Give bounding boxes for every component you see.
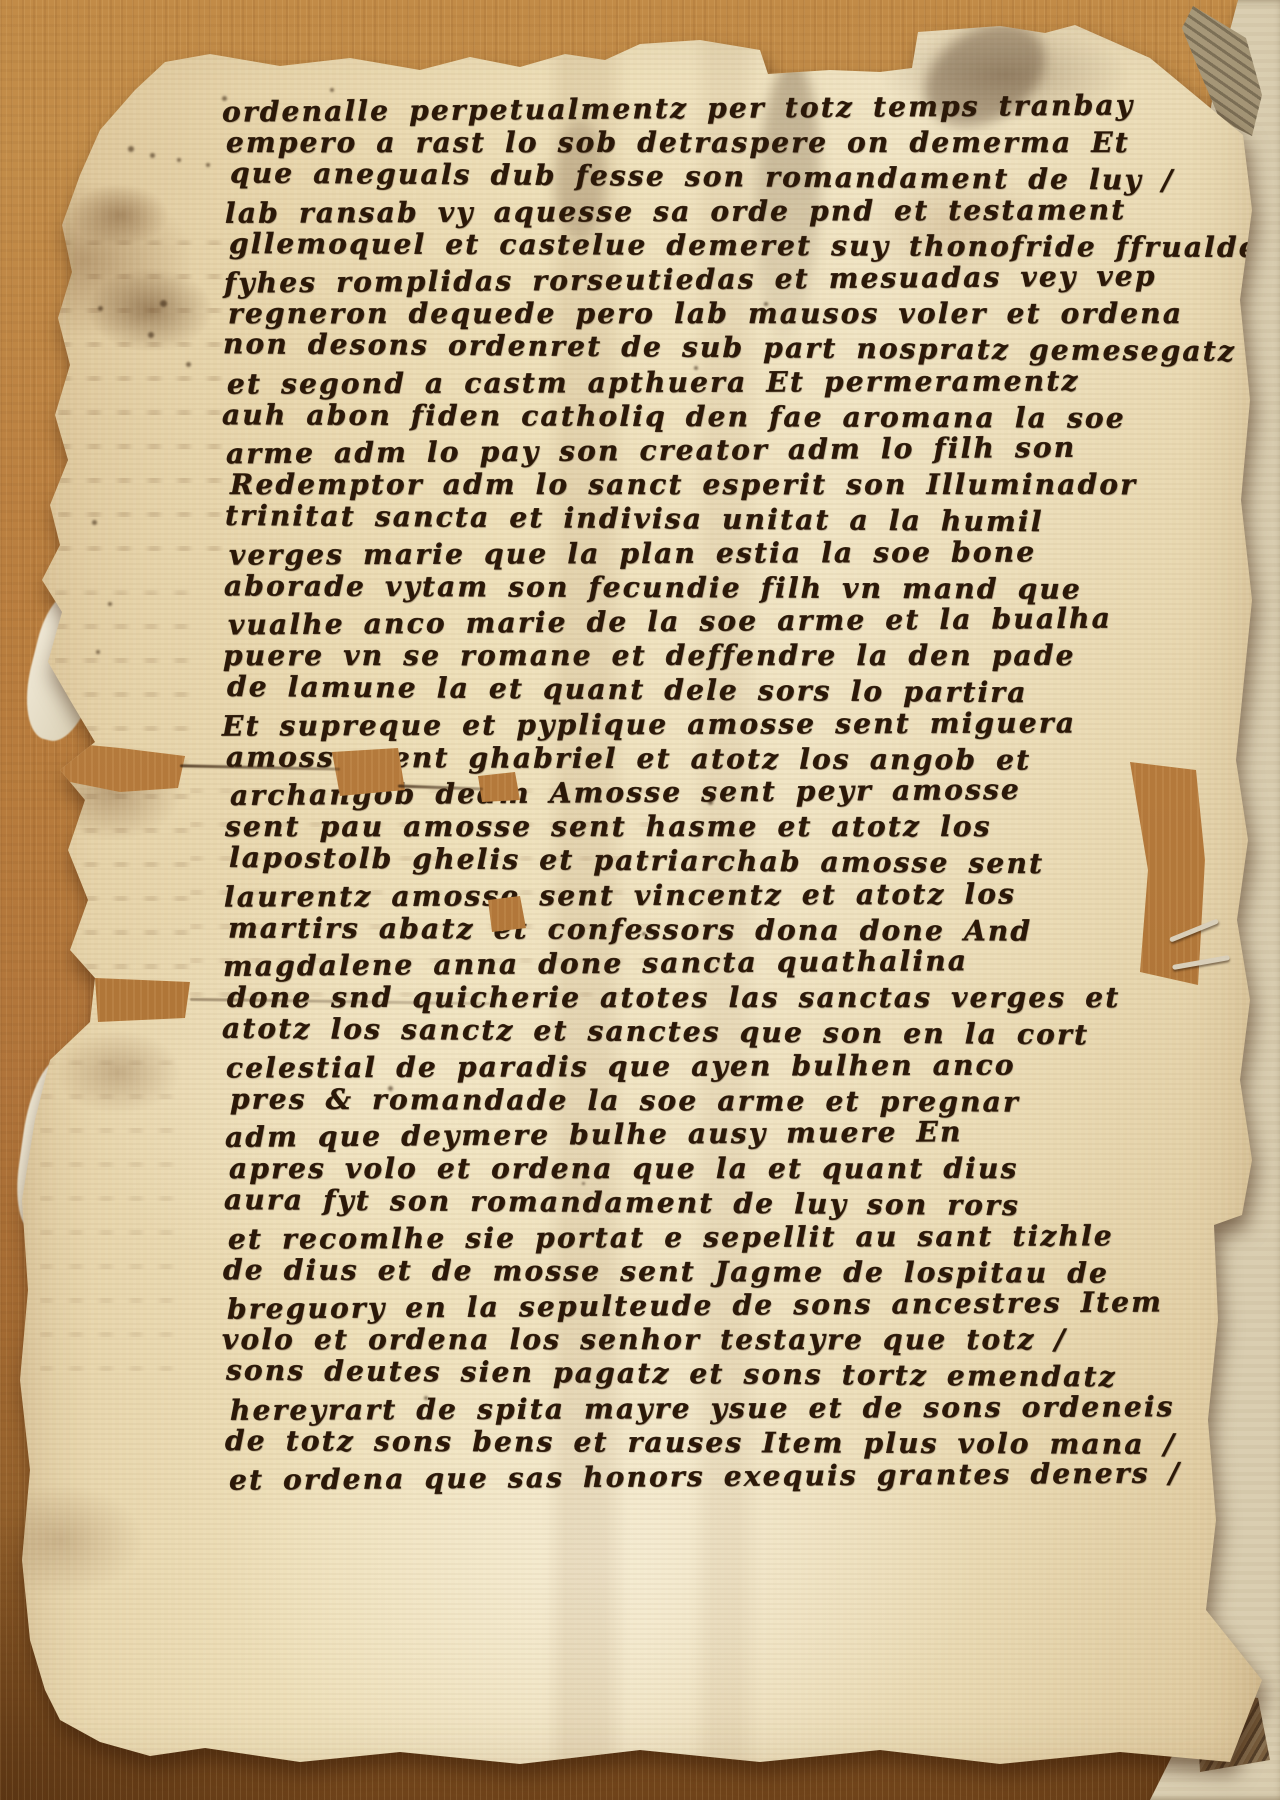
manuscript-line: et ordena que sas honors exequis grantes… bbox=[229, 1459, 1181, 1494]
manuscript-line: adm que deymere bulhe ausy muere En bbox=[225, 1118, 963, 1152]
ink-speck bbox=[388, 1086, 393, 1091]
manuscript-line: breguory en la sepulteude de sons ancest… bbox=[227, 1288, 1163, 1323]
manuscript-line: hereyrart de spita mayre ysue et de sons… bbox=[230, 1393, 1175, 1425]
ink-speck bbox=[148, 332, 154, 338]
ink-speck bbox=[694, 366, 698, 370]
manuscript-page-wrap: ordenalle perpetualmentz per totz temps … bbox=[0, 0, 1280, 1800]
manuscript-line: done snd quicherie atotes las sanctas ve… bbox=[227, 984, 1120, 1012]
manuscript-line: atotz los sanctz et sanctes que son en l… bbox=[222, 1015, 1089, 1050]
manuscript-line: non desons ordenret de sub part nospratz… bbox=[223, 331, 1236, 367]
manuscript-line: et recomlhe sie portat e sepellit au san… bbox=[228, 1222, 1114, 1253]
ink-speck bbox=[330, 88, 334, 92]
manuscript-line: verges marie que la plan estia la soe bo… bbox=[229, 538, 1036, 569]
manuscript-line: trinitat sancta et indivisa unitat a la … bbox=[225, 502, 1044, 536]
manuscript-line: de lamune la et quant dele sors lo parti… bbox=[227, 673, 1028, 707]
manuscript-page: ordenalle perpetualmentz per totz temps … bbox=[0, 0, 1280, 1800]
ink-speck bbox=[708, 800, 713, 805]
manuscript-line: vualhe anco marie de la soe arme et la b… bbox=[228, 605, 1112, 640]
manuscript-line: regneron dequede pero lab mausos voler e… bbox=[228, 300, 1183, 328]
manuscript-line: ordenalle perpetualmentz per totz temps … bbox=[222, 91, 1134, 126]
ink-speck bbox=[128, 146, 134, 152]
manuscript-line: magdalene anna done sancta quathalina bbox=[223, 947, 968, 981]
manuscript-line: apres volo et ordena que la et quant diu… bbox=[229, 1155, 1019, 1183]
manuscript-line: arme adm lo pay son creator adm lo filh … bbox=[226, 434, 1077, 469]
manuscript-line: sent pau amosse sent hasme et atotz los bbox=[225, 813, 992, 841]
manuscript-line: puere vn se romane et deffendre la den p… bbox=[223, 642, 1076, 670]
photo-scene: ordenalle perpetualmentz per totz temps … bbox=[0, 0, 1280, 1800]
manuscript-line: gllemoquel et castelue demeret suy thono… bbox=[229, 230, 1277, 262]
ink-speck bbox=[98, 306, 103, 311]
manuscript-line: volo et ordena los senhor testayre que t… bbox=[222, 1326, 1067, 1354]
manuscript-line: empero a rast lo sob detraspere on demer… bbox=[226, 129, 1130, 157]
ink-speck bbox=[177, 158, 181, 162]
manuscript-line: celestial de paradis que ayen bulhen anc… bbox=[226, 1051, 1016, 1082]
manuscript-line: lapostolb ghelis et patriarchab amosse s… bbox=[229, 844, 1044, 878]
manuscript-line: aura fyt son romandament de luy son rors bbox=[224, 1186, 1020, 1220]
manuscript-line: lab ransab vy aquesse sa orde pnd et tes… bbox=[225, 196, 1126, 227]
ink-speck bbox=[206, 163, 210, 167]
manuscript-line: auh abon fiden catholiq den fae aromana … bbox=[222, 401, 1126, 432]
manuscript-line: martirs abatz et confessors dona done An… bbox=[228, 914, 1032, 945]
ink-speck bbox=[642, 932, 646, 936]
manuscript-line: Et supreque et pyplique amosse sent migu… bbox=[222, 709, 1076, 740]
ink-speck bbox=[108, 602, 112, 606]
manuscript-line: pres & romandade la soe arme et pregnar bbox=[230, 1085, 1020, 1116]
ink-speck bbox=[92, 520, 97, 525]
ink-speck bbox=[222, 96, 227, 101]
manuscript-line: aborade vytam son fecundie filh vn mand … bbox=[224, 572, 1082, 603]
ink-speck bbox=[582, 1182, 585, 1185]
ink-speck bbox=[96, 650, 100, 654]
manuscript-line: de dius et de mosse sent Jagme de lospit… bbox=[223, 1256, 1109, 1287]
ink-speck bbox=[764, 302, 768, 306]
manuscript-text: ordenalle perpetualmentz per totz temps … bbox=[0, 0, 1280, 1800]
ink-speck bbox=[160, 300, 167, 307]
manuscript-line: et segond a castm apthuera Et permeramen… bbox=[227, 367, 1080, 398]
manuscript-line: que aneguals dub fesse son romandament d… bbox=[230, 160, 1175, 195]
manuscript-line: fyhes romplidas rorseutiedas et mesuadas… bbox=[224, 262, 1157, 297]
ink-speck bbox=[424, 1396, 428, 1400]
manuscript-line: laurentz amosse sent vincentz et atotz l… bbox=[224, 880, 1016, 911]
manuscript-line: de totz sons bens et rauses Item plus vo… bbox=[225, 1427, 1176, 1459]
manuscript-line: sons deutes sien pagatz et sons tortz em… bbox=[226, 1357, 1117, 1392]
ink-speck bbox=[150, 153, 155, 158]
ink-speck bbox=[186, 362, 191, 367]
manuscript-line: Redemptor adm lo sanct esperit son Illum… bbox=[230, 471, 1137, 499]
